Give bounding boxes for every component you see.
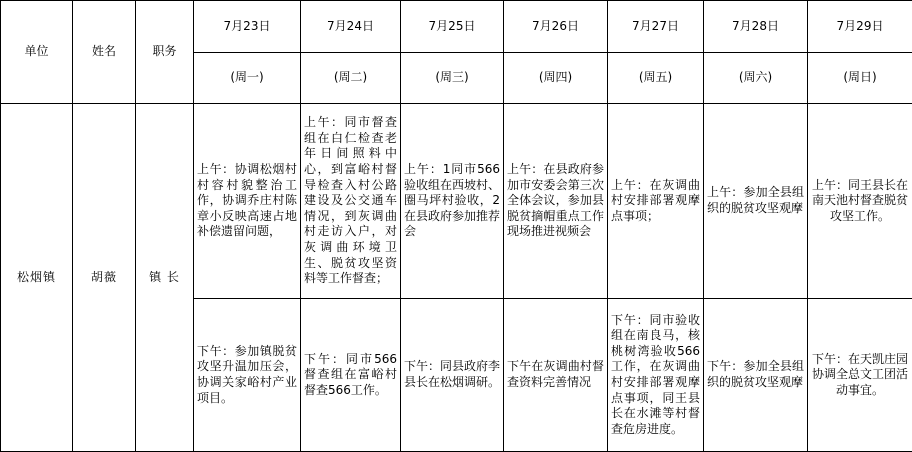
morning-cell: 上午：在县政府参加市安委会第三次全体会议，参加县脱贫摘帽重点工作现场推进视频会: [504, 104, 608, 299]
afternoon-cell: 下午：参加镇脱贫攻坚升温加压会，协调关家峪村产业项目。: [194, 299, 301, 452]
afternoon-cell: 下午：参加全县组织的脱贫攻坚观摩: [704, 299, 808, 452]
afternoon-cell: 下午：同县政府李县长在松烟调研。: [401, 299, 504, 452]
morning-cell: 上午：在灰调曲村安排部署观摩点事项；: [608, 104, 704, 299]
header-position: 职务: [136, 1, 194, 104]
morning-cell: 上午：同王县长在南天池村督查脱贫攻坚工作。: [808, 104, 912, 299]
morning-cell: 上午：1同市566验收组在西坡村、圈马坪村验收，2在县政府参加推荐会: [401, 104, 504, 299]
weekday-header: (周三): [401, 53, 504, 104]
day-header: 7月29日: [808, 1, 912, 53]
person-unit: 松烟镇: [1, 104, 73, 452]
day-header: 7月23日: [194, 1, 301, 53]
morning-cell: 上午：协调松烟村村容村貌整治工作，协调乔庄村陈章小反映高速占地补偿遗留问题，: [194, 104, 301, 299]
weekday-header: (周五): [608, 53, 704, 104]
day-header: 7月28日: [704, 1, 808, 53]
morning-cell: 上午：参加全县组织的脱贫攻坚观摩: [704, 104, 808, 299]
schedule-page: 单位 姓名 职务 7月23日 7月24日 7月25日 7月26日 7月27日 7…: [0, 0, 912, 451]
schedule-table: 单位 姓名 职务 7月23日 7月24日 7月25日 7月26日 7月27日 7…: [0, 0, 912, 452]
person-position: 镇 长: [136, 104, 194, 452]
day-header: 7月25日: [401, 1, 504, 53]
weekday-header: (周二): [301, 53, 401, 104]
afternoon-cell: 下午：同市566督查组在富峪村督查566工作。: [301, 299, 401, 452]
morning-cell: 上午：同市督查组在白仁检查老年日间照料中心，到富峪村督导检查入村公路建设及公交通…: [301, 104, 401, 299]
weekday-header: (周六): [704, 53, 808, 104]
weekday-header: (周四): [504, 53, 608, 104]
day-header: 7月24日: [301, 1, 401, 53]
header-name: 姓名: [73, 1, 136, 104]
day-header: 7月26日: [504, 1, 608, 53]
afternoon-cell: 下午在灰调曲村督查资料完善情况: [504, 299, 608, 452]
weekday-header: (周日): [808, 53, 912, 104]
day-header: 7月27日: [608, 1, 704, 53]
header-unit: 单位: [1, 1, 73, 104]
weekday-header: (周一): [194, 53, 301, 104]
afternoon-cell: 下午：同市验收组在南良马，核桃树湾验收566工作，在灰调曲村安排部署观摩点事项，…: [608, 299, 704, 452]
afternoon-cell: 下午：在天凯庄园协调全总文工团活动事宜。: [808, 299, 912, 452]
person-name: 胡薇: [73, 104, 136, 452]
